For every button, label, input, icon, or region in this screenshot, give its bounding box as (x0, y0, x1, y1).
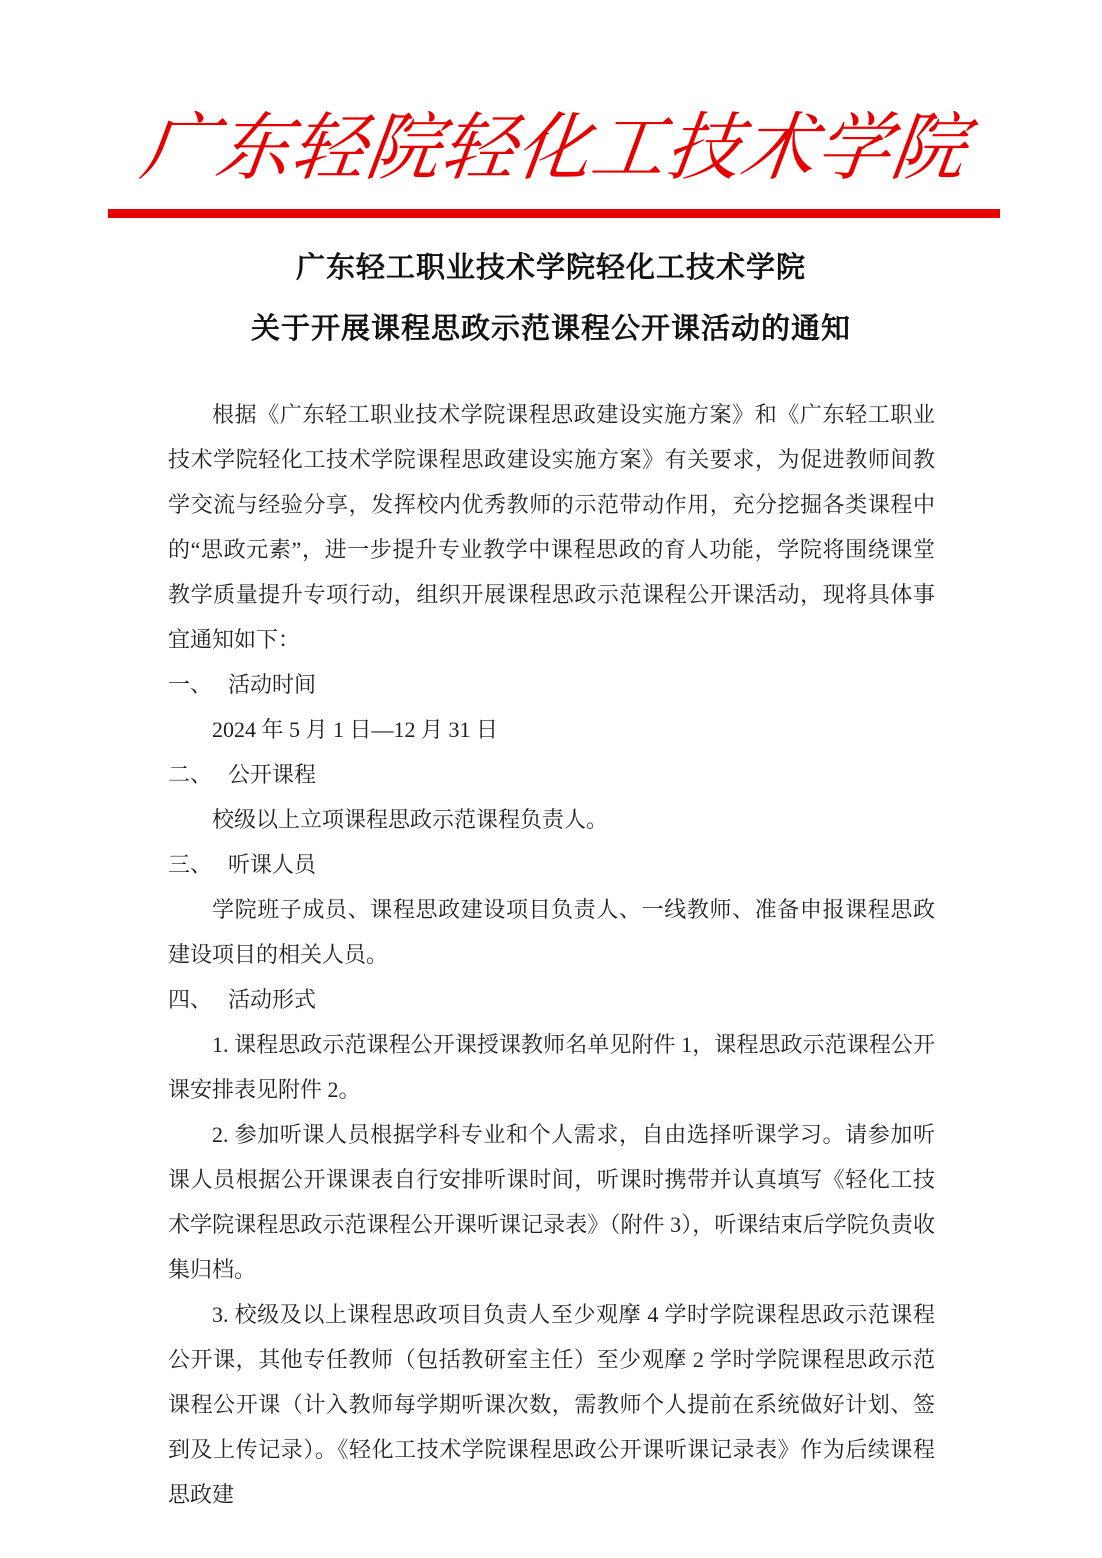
section-open-courses: 二、公开课程 校级以上立项课程思政示范课程负责人。 (168, 752, 935, 842)
section-number: 三、 (168, 842, 212, 887)
section-heading: 三、听课人员 (168, 842, 935, 887)
section-heading: 四、活动形式 (168, 977, 935, 1022)
section-activity-time: 一、活动时间 2024 年 5 月 1 日—12 月 31 日 (168, 662, 935, 752)
section-heading-label: 公开课程 (228, 762, 316, 787)
section-heading-label: 听课人员 (228, 852, 316, 877)
section-attendees: 三、听课人员 学院班子成员、课程思政建设项目负责人、一线教师、准备申报课程思政建… (168, 842, 935, 977)
section-heading: 二、公开课程 (168, 752, 935, 797)
document-page: 广东轻院轻化工技术学院 广东轻工职业技术学院轻化工技术学院 关于开展课程思政示范… (0, 0, 1102, 1558)
numbered-item-1: 1. 课程思政示范课程公开课授课教师名单见附件 1，课程思政示范课程公开课安排表… (168, 1022, 935, 1112)
section-paragraph: 学院班子成员、课程思政建设项目负责人、一线教师、准备申报课程思政建设项目的相关人… (168, 887, 935, 977)
document-title-line2: 关于开展课程思政示范课程公开课活动的通知 (150, 312, 952, 347)
section-paragraph: 校级以上立项课程思政示范课程负责人。 (168, 797, 935, 842)
numbered-item-3: 3. 校级及以上课程思政项目负责人至少观摩 4 学时学院课程思政示范课程公开课，… (168, 1292, 935, 1517)
section-paragraph: 2024 年 5 月 1 日—12 月 31 日 (168, 707, 935, 752)
section-heading: 一、活动时间 (168, 662, 935, 707)
letterhead-rule (108, 209, 1000, 218)
document-body: 根据《广东轻工职业技术学院课程思政建设实施方案》和《广东轻工职业技术学院轻化工技… (168, 392, 935, 1517)
section-number: 四、 (168, 977, 212, 1022)
numbered-item-2: 2. 参加听课人员根据学科专业和个人需求，自由选择听课学习。请参加听课人员根据公… (168, 1112, 935, 1292)
section-heading-label: 活动时间 (228, 672, 316, 697)
letterhead-brand-text: 广东轻院轻化工技术学院 (102, 98, 1007, 200)
section-number: 二、 (168, 752, 212, 797)
letterhead: 广东轻院轻化工技术学院 (108, 0, 1000, 218)
document-title-line1: 广东轻工职业技术学院轻化工技术学院 (150, 251, 952, 286)
section-number: 一、 (168, 662, 212, 707)
section-heading-label: 活动形式 (228, 987, 316, 1012)
section-activity-format: 四、活动形式 1. 课程思政示范课程公开课授课教师名单见附件 1，课程思政示范课… (168, 977, 935, 1517)
intro-paragraph: 根据《广东轻工职业技术学院课程思政建设实施方案》和《广东轻工职业技术学院轻化工技… (168, 392, 935, 662)
